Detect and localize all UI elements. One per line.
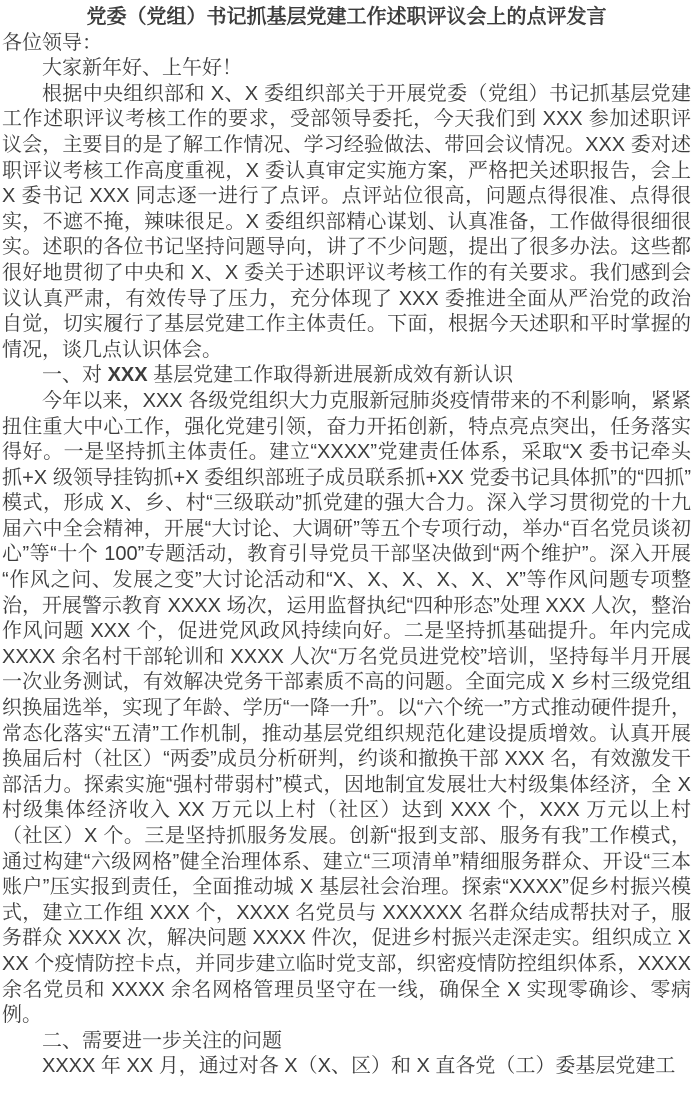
section-2-heading: 二、需要进一步关注的问题 — [2, 1029, 691, 1055]
section-1-heading-prefix: 一、对 — [42, 364, 108, 386]
document-title: 党委（党组）书记抓基层党建工作述职评议会上的点评发言 — [2, 5, 691, 31]
section-1-heading-suffix: 基层党建工作取得新进展新成效有新认识 — [148, 364, 514, 386]
section-1-heading: 一、对 XXX 基层党建工作取得新进展新成效有新认识 — [2, 363, 691, 389]
greeting-paragraph: 大家新年好、上午好！ — [2, 56, 691, 82]
section-2-body-paragraph: XXXX 年 XX 月，通过对各 X（X、区）和 X 直各党（工）委基层党建工 — [2, 1054, 691, 1080]
section-1-body-paragraph: 今年以来，XXX 各级党组织大力克服新冠肺炎疫情带来的不利影响，紧紧扭住重大中心… — [2, 389, 691, 1029]
salutation-line: 各位领导： — [2, 31, 691, 57]
intro-paragraph: 根据中央组织部和 X、X 委组织部关于开展党委（党组）书记抓基层党建工作述职评议… — [2, 82, 691, 364]
document-page: 党委（党组）书记抓基层党建工作述职评议会上的点评发言 各位领导： 大家新年好、上… — [0, 0, 693, 1097]
section-1-heading-bold-text: XXX — [108, 364, 148, 386]
